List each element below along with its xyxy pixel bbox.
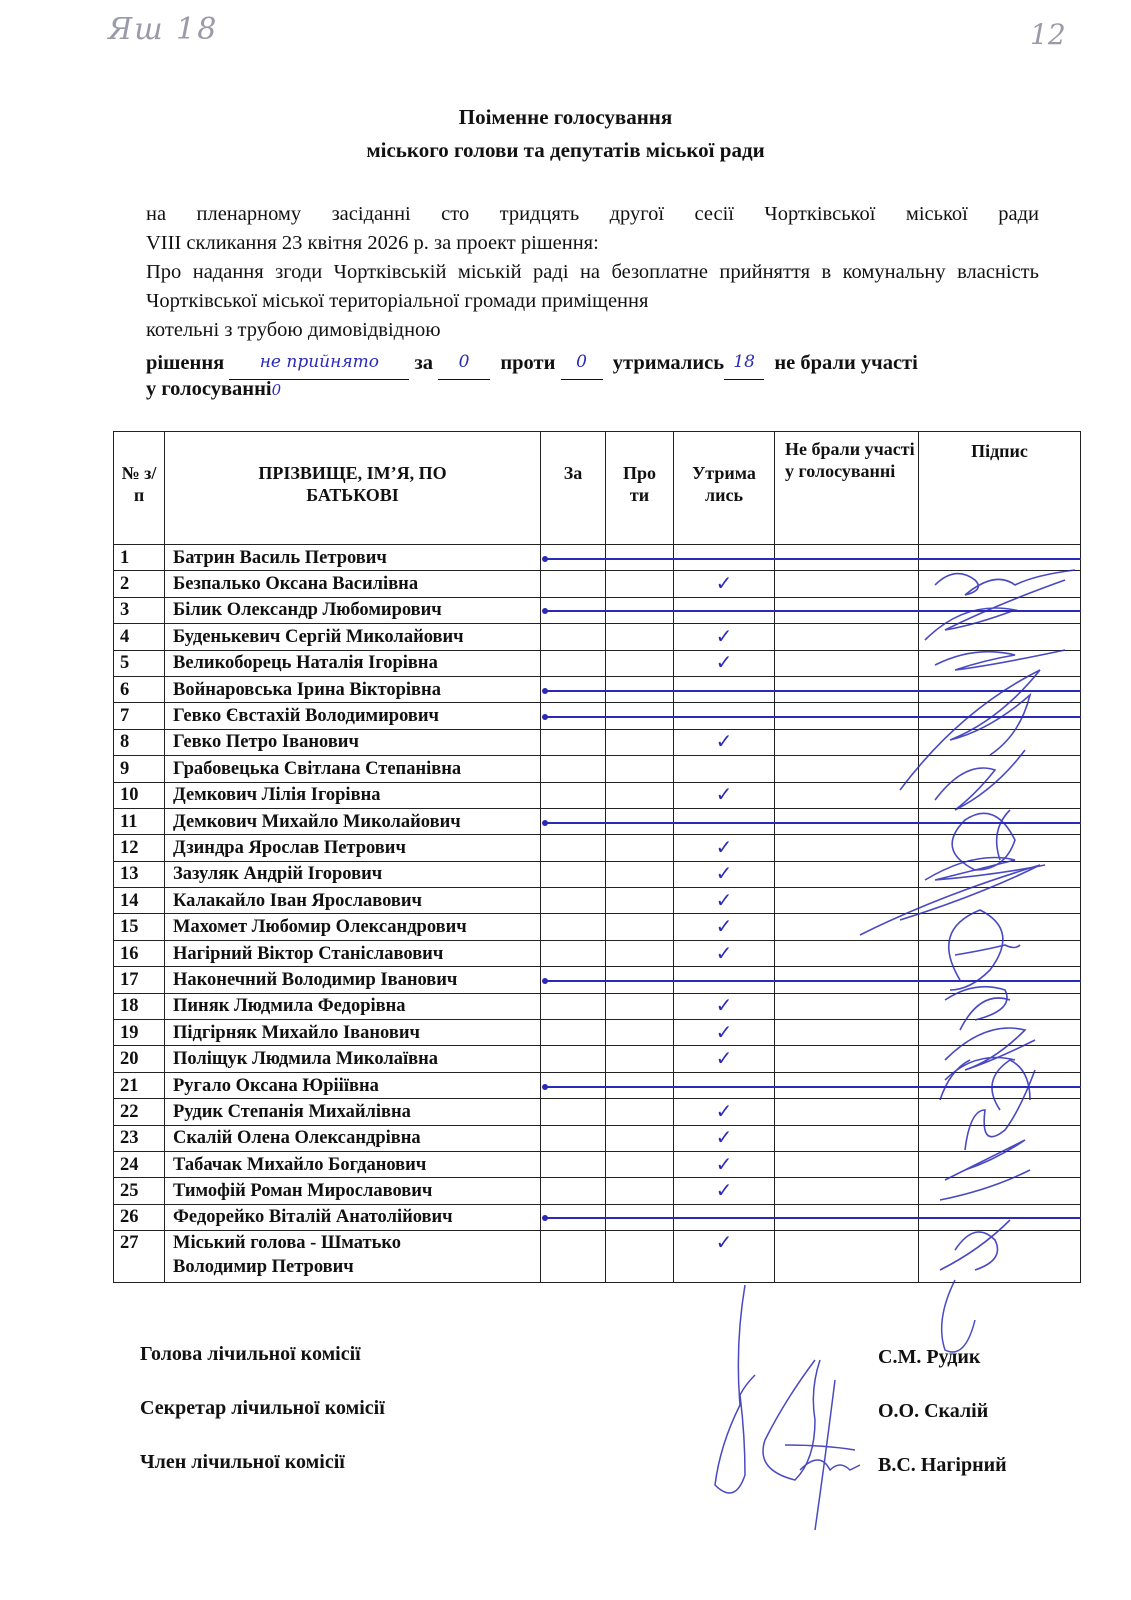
cell-for xyxy=(541,729,606,755)
deputy-name: Міський голова - ШматькоВолодимир Петров… xyxy=(165,1231,541,1283)
cell-not-voted xyxy=(775,914,919,940)
table-row: 22Рудик Степанія Михайлівна✓ xyxy=(114,1099,1081,1125)
absent-strike-line xyxy=(544,1217,1082,1219)
absent-strike-line xyxy=(544,980,1082,982)
cell-against xyxy=(606,940,674,966)
cell-abstained: ✓ xyxy=(674,914,775,940)
deputy-name: Гевко Євстахій Володимирович xyxy=(165,703,541,729)
cell-not-voted xyxy=(775,1020,919,1046)
cell-abstained: ✓ xyxy=(674,729,775,755)
against-label: проти xyxy=(500,352,555,374)
deputy-name: Рудик Степанія Михайлівна xyxy=(165,1099,541,1125)
cell-against xyxy=(606,1178,674,1204)
cell-signature xyxy=(919,756,1081,782)
cell-not-voted xyxy=(775,993,919,1019)
deputy-name: Демкович Михайло Миколайович xyxy=(165,808,541,834)
deputy-name: Білик Олександр Любомирович xyxy=(165,597,541,623)
check-mark-icon: ✓ xyxy=(716,731,733,753)
check-mark-icon: ✓ xyxy=(716,1232,733,1254)
deputy-name: Пиняк Людмила Федорівна xyxy=(165,993,541,1019)
table-row: 23Скалій Олена Олександрівна✓ xyxy=(114,1125,1081,1151)
row-number: 24 xyxy=(114,1151,165,1177)
session-line: на пленарному засіданні сто тридцять дру… xyxy=(146,200,1039,229)
row-number: 11 xyxy=(114,808,165,834)
header-name-text: ПРІЗВИЩЕ, ІМ’Я, ПО БАТЬКОВІ xyxy=(165,432,540,506)
cell-against xyxy=(606,729,674,755)
row-number: 20 xyxy=(114,1046,165,1072)
resolution-subject: Про надання згоди Чортківській міській р… xyxy=(146,258,1039,316)
commission-name-secretary: О.О. Скалій xyxy=(878,1400,988,1423)
abstained-label: утримались xyxy=(613,352,724,374)
cell-not-voted xyxy=(775,624,919,650)
cell-for xyxy=(541,993,606,1019)
cell-signature xyxy=(919,729,1081,755)
row-number: 21 xyxy=(114,1072,165,1098)
header-against-text: Про ти xyxy=(606,432,673,506)
document-title: Поіменне голосування xyxy=(0,105,1131,130)
row-number: 19 xyxy=(114,1020,165,1046)
check-mark-icon: ✓ xyxy=(716,916,733,938)
deputy-name: Грабовецька Світлана Степанівна xyxy=(165,756,541,782)
cell-against xyxy=(606,1046,674,1072)
cell-not-voted xyxy=(775,1125,919,1151)
header-abstained: Утрима лись xyxy=(674,432,775,545)
cell-for xyxy=(541,782,606,808)
cell-signature xyxy=(919,888,1081,914)
check-mark-icon: ✓ xyxy=(716,1048,733,1070)
cell-against xyxy=(606,993,674,1019)
table-row: 24Табачак Михайло Богданович✓ xyxy=(114,1151,1081,1177)
cell-for xyxy=(541,756,606,782)
table-row: 9Грабовецька Світлана Степанівна xyxy=(114,756,1081,782)
header-not-voted: Не брали участі у голосуванні xyxy=(775,432,919,545)
commission-signature-nagirnyi xyxy=(785,1380,860,1530)
cell-signature xyxy=(919,940,1081,966)
cell-not-voted xyxy=(775,650,919,676)
cell-abstained xyxy=(674,756,775,782)
row-number: 13 xyxy=(114,861,165,887)
cell-not-voted xyxy=(775,1151,919,1177)
cell-for xyxy=(541,1099,606,1125)
cell-abstained: ✓ xyxy=(674,940,775,966)
cell-against xyxy=(606,1231,674,1283)
cell-abstained: ✓ xyxy=(674,1020,775,1046)
check-mark-icon: ✓ xyxy=(716,863,733,885)
cell-signature xyxy=(919,835,1081,861)
deputy-name-line2: Володимир Петрович xyxy=(173,1255,540,1279)
table-row: 4Буденькевич Сергій Миколайович✓ xyxy=(114,624,1081,650)
cell-not-voted xyxy=(775,729,919,755)
deputy-name: Махомет Любомир Олександрович xyxy=(165,914,541,940)
header-number-text: № з/п xyxy=(114,432,164,506)
cell-signature xyxy=(919,650,1081,676)
cell-abstained: ✓ xyxy=(674,888,775,914)
cell-against xyxy=(606,1125,674,1151)
absent-strike-line xyxy=(544,690,1082,692)
cell-against xyxy=(606,835,674,861)
deputy-name: Калакайло Іван Ярославович xyxy=(165,888,541,914)
cell-for xyxy=(541,1020,606,1046)
cell-abstained: ✓ xyxy=(674,993,775,1019)
row-number: 3 xyxy=(114,597,165,623)
deputy-name: Поліщук Людмила Миколаївна xyxy=(165,1046,541,1072)
row-number: 27 xyxy=(114,1231,165,1283)
absent-strike-line xyxy=(544,558,1082,560)
deputy-name: Федорейко Віталій Анатолійович xyxy=(165,1204,541,1230)
check-mark-icon: ✓ xyxy=(716,573,733,595)
commission-role-secretary: Секретар лічильної комісії xyxy=(140,1397,385,1420)
header-signature-text: Підпис xyxy=(919,432,1080,462)
cell-not-voted xyxy=(775,835,919,861)
row-number: 22 xyxy=(114,1099,165,1125)
cell-signature xyxy=(919,993,1081,1019)
row-number: 14 xyxy=(114,888,165,914)
cell-abstained: ✓ xyxy=(674,835,775,861)
archive-note: Яш 18 xyxy=(108,12,218,47)
header-abstained-text: Утрима лись xyxy=(674,432,774,506)
cell-abstained: ✓ xyxy=(674,1178,775,1204)
cell-against xyxy=(606,1099,674,1125)
check-mark-icon: ✓ xyxy=(716,1180,733,1202)
cell-signature xyxy=(919,1178,1081,1204)
row-number: 8 xyxy=(114,729,165,755)
deputy-name: Ругало Оксана Юріiївна xyxy=(165,1072,541,1098)
table-row: 8Гевко Петро Іванович✓ xyxy=(114,729,1081,755)
commission-name-member: В.С. Нагірний xyxy=(878,1454,1007,1477)
cell-against xyxy=(606,756,674,782)
cell-against xyxy=(606,1020,674,1046)
cell-for xyxy=(541,888,606,914)
cell-abstained: ✓ xyxy=(674,782,775,808)
deputy-name: Демкович Лілія Ігорівна xyxy=(165,782,541,808)
deputy-name: Зазуляк Андрій Ігорович xyxy=(165,861,541,887)
for-label: за xyxy=(414,352,433,374)
deputy-name: Наконечний Володимир Іванович xyxy=(165,967,541,993)
absent-strike-line xyxy=(544,610,1082,612)
cell-abstained: ✓ xyxy=(674,1231,775,1283)
cell-for xyxy=(541,624,606,650)
not-voted-label-2: у голосуванні xyxy=(146,378,272,400)
cell-for xyxy=(541,835,606,861)
header-for-text: За xyxy=(541,432,605,484)
row-number: 10 xyxy=(114,782,165,808)
cell-signature xyxy=(919,1099,1081,1125)
deputy-name: Тимофій Роман Мирославович xyxy=(165,1178,541,1204)
row-number: 23 xyxy=(114,1125,165,1151)
row-number: 7 xyxy=(114,703,165,729)
header-for: За xyxy=(541,432,606,545)
cell-against xyxy=(606,1151,674,1177)
commission-role-chair: Голова лічильної комісії xyxy=(140,1343,361,1366)
cell-signature xyxy=(919,861,1081,887)
table-row: 25Тимофій Роман Мирославович✓ xyxy=(114,1178,1081,1204)
not-voted-count-value: 0 xyxy=(272,381,282,399)
decision-result-value: не прийнято xyxy=(260,352,379,372)
table-row: 15Махомет Любомир Олександрович✓ xyxy=(114,914,1081,940)
cell-for xyxy=(541,1178,606,1204)
check-mark-icon: ✓ xyxy=(716,1022,733,1044)
cell-signature xyxy=(919,1125,1081,1151)
table-row: 16Нагірний Віктор Станіславович✓ xyxy=(114,940,1081,966)
decision-label: рішення xyxy=(146,352,224,374)
table-row: 18Пиняк Людмила Федорівна✓ xyxy=(114,993,1081,1019)
table-row: 10Демкович Лілія Ігорівна✓ xyxy=(114,782,1081,808)
row-number: 2 xyxy=(114,571,165,597)
cell-abstained: ✓ xyxy=(674,1151,775,1177)
row-number: 25 xyxy=(114,1178,165,1204)
commission-name-chair: С.М. Рудик xyxy=(878,1346,980,1369)
cell-signature xyxy=(919,782,1081,808)
cell-not-voted xyxy=(775,861,919,887)
deputy-name: Буденькевич Сергій Миколайович xyxy=(165,624,541,650)
deputy-name: Табачак Михайло Богданович xyxy=(165,1151,541,1177)
row-number: 18 xyxy=(114,993,165,1019)
deputy-name: Дзиндра Ярослав Петрович xyxy=(165,835,541,861)
row-number: 26 xyxy=(114,1204,165,1230)
table-row: 20Поліщук Людмила Миколаївна✓ xyxy=(114,1046,1081,1072)
for-count-field: 0 xyxy=(438,349,490,380)
check-mark-icon: ✓ xyxy=(716,626,733,648)
table-row: 14Калакайло Іван Ярославович✓ xyxy=(114,888,1081,914)
row-number: 5 xyxy=(114,650,165,676)
cell-against xyxy=(606,571,674,597)
cell-for xyxy=(541,1231,606,1283)
cell-signature xyxy=(919,1151,1081,1177)
cell-not-voted xyxy=(775,1099,919,1125)
cell-not-voted xyxy=(775,940,919,966)
cell-against xyxy=(606,861,674,887)
deputy-name: Нагірний Віктор Станіславович xyxy=(165,940,541,966)
row-number: 9 xyxy=(114,756,165,782)
check-mark-icon: ✓ xyxy=(716,1101,733,1123)
row-number: 17 xyxy=(114,967,165,993)
cell-abstained: ✓ xyxy=(674,861,775,887)
deputy-name: Батрин Василь Петрович xyxy=(165,545,541,571)
cell-not-voted xyxy=(775,1178,919,1204)
table-row: 2Безпалько Оксана Василівна✓ xyxy=(114,571,1081,597)
commission-signature-rudyk xyxy=(715,1285,755,1493)
deputy-name: Скалій Олена Олександрівна xyxy=(165,1125,541,1151)
document-subtitle: міського голови та депутатів міської рад… xyxy=(0,138,1131,163)
cell-not-voted xyxy=(775,571,919,597)
check-mark-icon: ✓ xyxy=(716,1154,733,1176)
cell-for xyxy=(541,1046,606,1072)
absent-strike-line xyxy=(544,822,1082,824)
table-row: 19Підгірняк Михайло Іванович✓ xyxy=(114,1020,1081,1046)
absent-strike-line xyxy=(544,716,1082,718)
header-against: Про ти xyxy=(606,432,674,545)
cell-signature xyxy=(919,1231,1081,1283)
against-count-value: 0 xyxy=(576,352,587,372)
cell-for xyxy=(541,861,606,887)
row-number: 12 xyxy=(114,835,165,861)
row-number: 1 xyxy=(114,545,165,571)
table-row: 12Дзиндра Ярослав Петрович✓ xyxy=(114,835,1081,861)
cell-for xyxy=(541,1125,606,1151)
header-number: № з/п xyxy=(114,432,165,545)
row-number: 16 xyxy=(114,940,165,966)
cell-signature xyxy=(919,571,1081,597)
cell-for xyxy=(541,1151,606,1177)
table-header-row: № з/п ПРІЗВИЩЕ, ІМ’Я, ПО БАТЬКОВІ За Про… xyxy=(114,432,1081,545)
cell-against xyxy=(606,888,674,914)
cell-against xyxy=(606,782,674,808)
deputy-name-line1: Міський голова - Шматько xyxy=(173,1231,540,1255)
cell-abstained: ✓ xyxy=(674,624,775,650)
header-not-voted-text: Не брали участі у голосуванні xyxy=(775,432,918,482)
commission-signature-skaliy xyxy=(763,1360,820,1480)
decision-summary: рішення не прийнято за 0 проти 0 утримал… xyxy=(146,349,1046,380)
session-date-line: VIII скликання 23 квітня 2026 р. за прое… xyxy=(146,229,1039,258)
decision-summary-line2: у голосуванні0 xyxy=(146,378,281,401)
cell-against xyxy=(606,650,674,676)
commission-role-member: Член лічильної комісії xyxy=(140,1451,345,1474)
decision-result-field: не прийнято xyxy=(229,349,409,380)
cell-signature xyxy=(919,624,1081,650)
table-row: 5Великоборець Наталія Ігорівна✓ xyxy=(114,650,1081,676)
page-number: 12 xyxy=(1030,18,1066,51)
cell-for xyxy=(541,650,606,676)
deputy-name: Підгірняк Михайло Іванович xyxy=(165,1020,541,1046)
check-mark-icon: ✓ xyxy=(716,784,733,806)
cell-signature xyxy=(919,914,1081,940)
cell-abstained: ✓ xyxy=(674,571,775,597)
deputy-name: Гевко Петро Іванович xyxy=(165,729,541,755)
row-number: 15 xyxy=(114,914,165,940)
deputy-name: Безпалько Оксана Василівна xyxy=(165,571,541,597)
header-signature: Підпис xyxy=(919,432,1081,545)
resolution-subject-end: котельні з трубою димовідвідною xyxy=(146,316,1039,345)
deputy-name: Великоборець Наталія Ігорівна xyxy=(165,650,541,676)
against-count-field: 0 xyxy=(561,349,603,380)
abstained-count-field: 18 xyxy=(724,349,764,380)
check-mark-icon: ✓ xyxy=(716,890,733,912)
check-mark-icon: ✓ xyxy=(716,1127,733,1149)
header-name: ПРІЗВИЩЕ, ІМ’Я, ПО БАТЬКОВІ xyxy=(165,432,541,545)
cell-abstained: ✓ xyxy=(674,1046,775,1072)
cell-for xyxy=(541,940,606,966)
table-row: 27Міський голова - ШматькоВолодимир Петр… xyxy=(114,1231,1081,1283)
cell-signature xyxy=(919,1046,1081,1072)
cell-not-voted xyxy=(775,1046,919,1072)
cell-not-voted xyxy=(775,1231,919,1283)
cell-abstained: ✓ xyxy=(674,1099,775,1125)
cell-against xyxy=(606,914,674,940)
abstained-count-value: 18 xyxy=(733,352,755,372)
cell-not-voted xyxy=(775,756,919,782)
check-mark-icon: ✓ xyxy=(716,837,733,859)
check-mark-icon: ✓ xyxy=(716,943,733,965)
signature-scribble xyxy=(942,1280,975,1352)
cell-abstained: ✓ xyxy=(674,650,775,676)
deputy-name: Войнаровська Ірина Вікторівна xyxy=(165,676,541,702)
cell-against xyxy=(606,624,674,650)
cell-not-voted xyxy=(775,782,919,808)
row-number: 6 xyxy=(114,676,165,702)
cell-abstained: ✓ xyxy=(674,1125,775,1151)
cell-not-voted xyxy=(775,888,919,914)
cell-for xyxy=(541,914,606,940)
cell-signature xyxy=(919,1020,1081,1046)
cell-for xyxy=(541,571,606,597)
not-voted-label: не брали участі xyxy=(774,352,917,374)
row-number: 4 xyxy=(114,624,165,650)
for-count-value: 0 xyxy=(459,352,470,372)
table-row: 13Зазуляк Андрій Ігорович✓ xyxy=(114,861,1081,887)
absent-strike-line xyxy=(544,1086,1082,1088)
check-mark-icon: ✓ xyxy=(716,652,733,674)
check-mark-icon: ✓ xyxy=(716,995,733,1017)
